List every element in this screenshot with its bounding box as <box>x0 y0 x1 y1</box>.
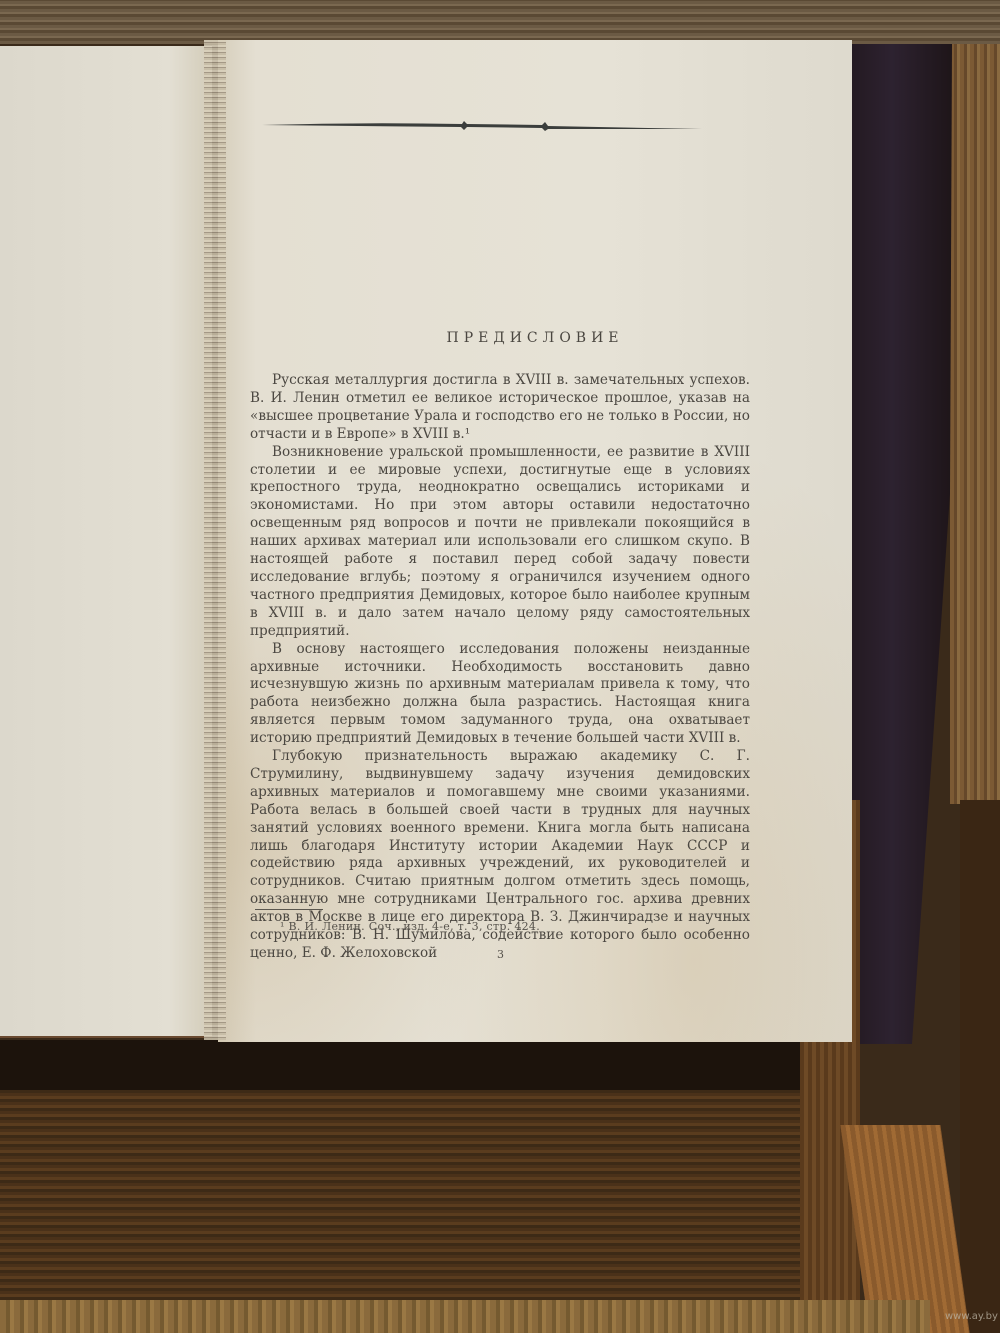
paragraph-3: В основу настоящего исследования положен… <box>250 641 750 748</box>
wooden-rail-bottom <box>0 1300 930 1333</box>
paragraph-2: Возникновение уральской промышленности, … <box>250 444 750 641</box>
site-watermark: www.ay.by <box>945 1311 998 1322</box>
leather-book-cover <box>852 44 952 1044</box>
preface-body: Русская металлургия достигла в XVIII в. … <box>250 372 750 963</box>
decorative-rule-ornament <box>262 115 702 137</box>
book-spine-gutter <box>204 40 226 1040</box>
footnote: ¹ В. И. Ленин. Соч., изд. 4-е, т. 3, стр… <box>280 920 540 933</box>
dark-wood-edge <box>960 800 1000 1333</box>
page-title: ПРЕДИСЛОВИЕ <box>218 330 852 346</box>
wooden-frame-right <box>950 44 1000 804</box>
wooden-shelf-top <box>0 0 1000 44</box>
page-number: 3 <box>497 948 504 961</box>
left-blank-page <box>0 46 212 1036</box>
paragraph-1: Русская металлургия достигла в XVIII в. … <box>250 372 750 444</box>
footnote-divider <box>255 909 323 910</box>
wooden-drawer-surface <box>0 1090 840 1300</box>
